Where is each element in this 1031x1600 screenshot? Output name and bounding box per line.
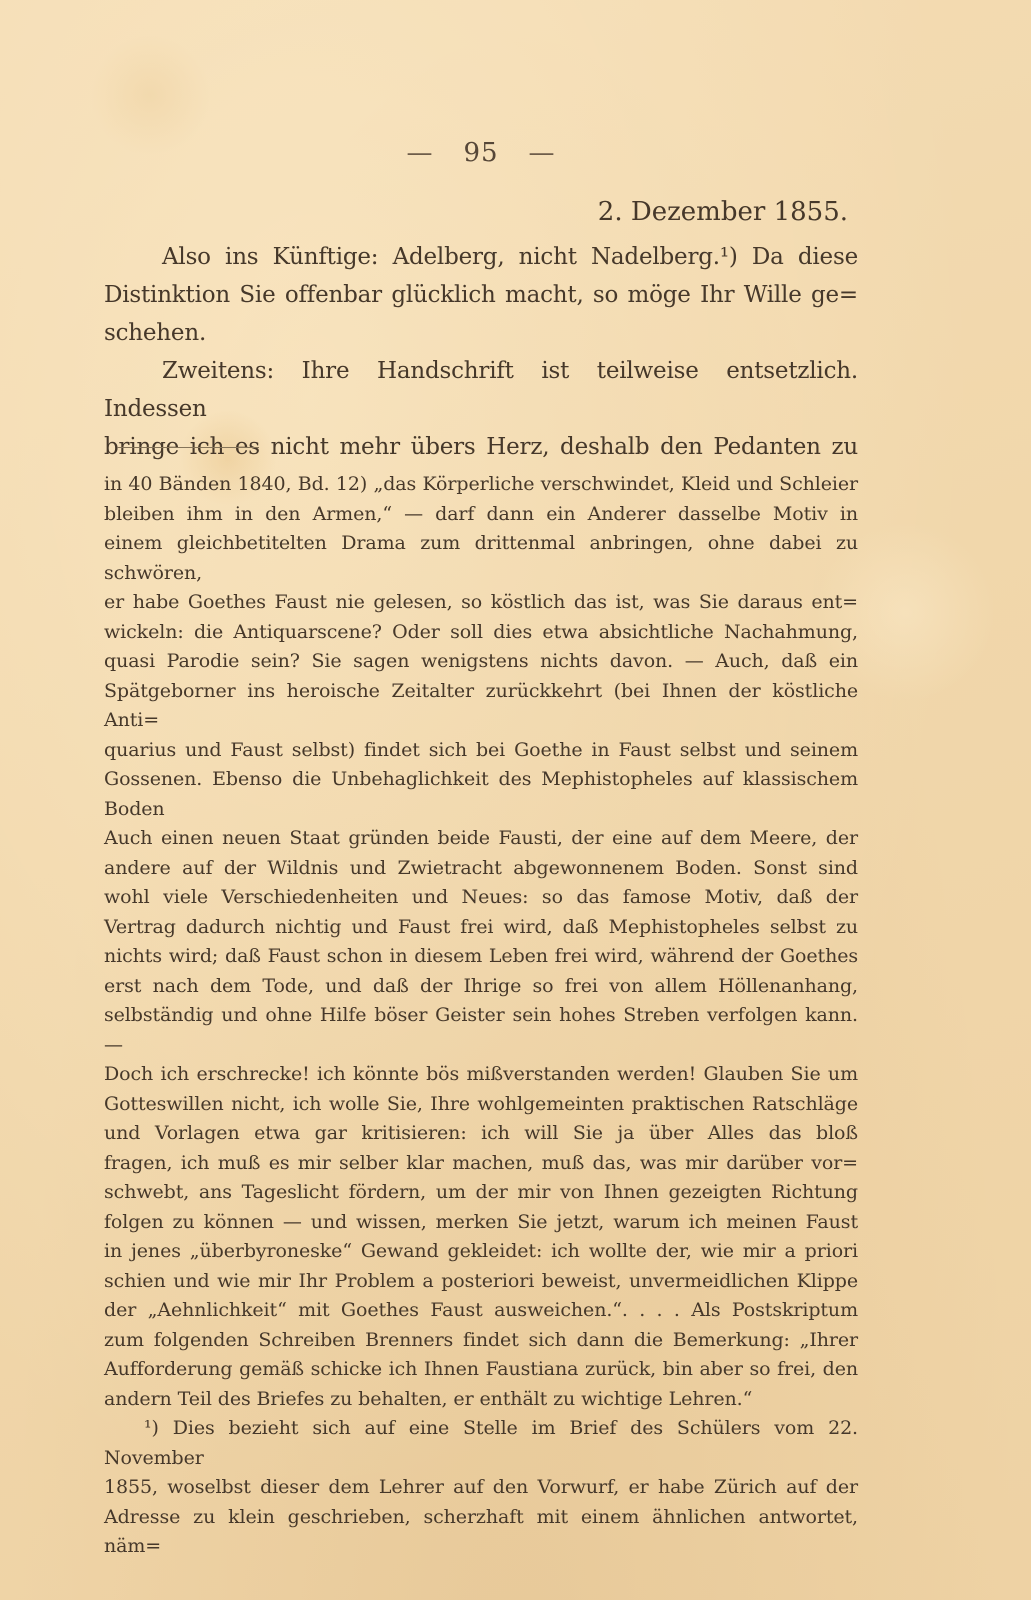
footnote-separator <box>117 447 259 448</box>
text-line: zum folgenden Schreiben Brenners findet … <box>104 1326 858 1356</box>
text-line: andern Teil des Briefes zu behalten, er … <box>104 1385 858 1415</box>
text-line: selbständig und ohne Hilfe böser Geister… <box>104 1001 858 1060</box>
text-line: er habe Goethes Faust nie gelesen, so kö… <box>104 588 858 618</box>
page-number: 95 <box>463 138 498 168</box>
text-line: quarius und Faust selbst) findet sich be… <box>104 736 858 766</box>
text-line: und Vorlagen etwa gar kritisieren: ich w… <box>104 1119 858 1149</box>
footnote-block: in 40 Bänden 1840, Bd. 12) „das Körperli… <box>104 470 858 1562</box>
text-line: Zweitens: Ihre Handschrift ist teilweise… <box>104 352 858 428</box>
text-line: andere auf der Wildnis und Zwietracht ab… <box>104 854 858 884</box>
text-line: Auch einen neuen Staat gründen beide Fau… <box>104 824 858 854</box>
text-line: schehen. <box>104 314 858 352</box>
text-line: Doch ich erschrecke! ich könnte bös mißv… <box>104 1060 858 1090</box>
text-line: Also ins Künftige: Adelberg, nicht Nadel… <box>104 238 858 276</box>
header-dash-left: — <box>406 138 433 168</box>
text-line: 1855, woselbst dieser dem Lehrer auf den… <box>104 1473 858 1503</box>
text-line: Vertrag dadurch nichtig und Faust frei w… <box>104 913 858 943</box>
paragraph: Zweitens: Ihre Handschrift ist teilweise… <box>104 352 858 466</box>
text-line: nichts wird; daß Faust schon in diesem L… <box>104 942 858 972</box>
date-line: 2. Dezember 1855. <box>104 197 858 227</box>
paragraph: ¹) Dies bezieht sich auf eine Stelle im … <box>104 1414 858 1562</box>
text-line: bleiben ihm in den Armen,“ — darf dann e… <box>104 500 858 530</box>
paragraph: Also ins Künftige: Adelberg, nicht Nadel… <box>104 238 858 352</box>
header-dash-right: — <box>529 138 556 168</box>
text-line: wickeln: die Antiquarscene? Oder soll di… <box>104 618 858 648</box>
text-line: der „Aehnlichkeit“ mit Goethes Faust aus… <box>104 1296 858 1326</box>
text-line: fragen, ich muß es mir selber klar mache… <box>104 1149 858 1179</box>
text-line: folgen zu können — und wissen, merken Si… <box>104 1208 858 1238</box>
text-line: erst nach dem Tode, und daß der Ihrige s… <box>104 972 858 1002</box>
text-line: einem gleichbetitelten Drama zum dritten… <box>104 529 858 588</box>
text-line: Spätgeborner ins heroische Zeitalter zur… <box>104 677 858 736</box>
paragraph: in 40 Bänden 1840, Bd. 12) „das Körperli… <box>104 470 858 1414</box>
text-line: schien und wie mir Ihr Problem a posteri… <box>104 1267 858 1297</box>
text-line: schwebt, ans Tageslicht fördern, um der … <box>104 1178 858 1208</box>
text-line: quasi Parodie sein? Sie sagen wenigstens… <box>104 647 858 677</box>
text-line: Distinktion Sie offenbar glücklich macht… <box>104 276 858 314</box>
text-line: ¹) Dies bezieht sich auf eine Stelle im … <box>104 1414 858 1473</box>
text-line: in jenes „überbyroneske“ Gewand gekleide… <box>104 1237 858 1267</box>
text-line: Gotteswillen nicht, ich wolle Sie, Ihre … <box>104 1090 858 1120</box>
text-line: Aufforderung gemäß schicke ich Ihnen Fau… <box>104 1355 858 1385</box>
page-header: — 95 — <box>104 138 858 168</box>
text-line: wohl viele Verschiedenheiten und Neues: … <box>104 883 858 913</box>
letter-body: Also ins Künftige: Adelberg, nicht Nadel… <box>104 238 858 466</box>
text-line: Gossenen. Ebenso die Unbehaglichkeit des… <box>104 765 858 824</box>
text-line: Adresse zu klein geschrieben, scherzhaft… <box>104 1503 858 1562</box>
book-page: — 95 — 2. Dezember 1855. Also ins Künfti… <box>0 0 1031 1600</box>
text-line: in 40 Bänden 1840, Bd. 12) „das Körperli… <box>104 470 858 500</box>
